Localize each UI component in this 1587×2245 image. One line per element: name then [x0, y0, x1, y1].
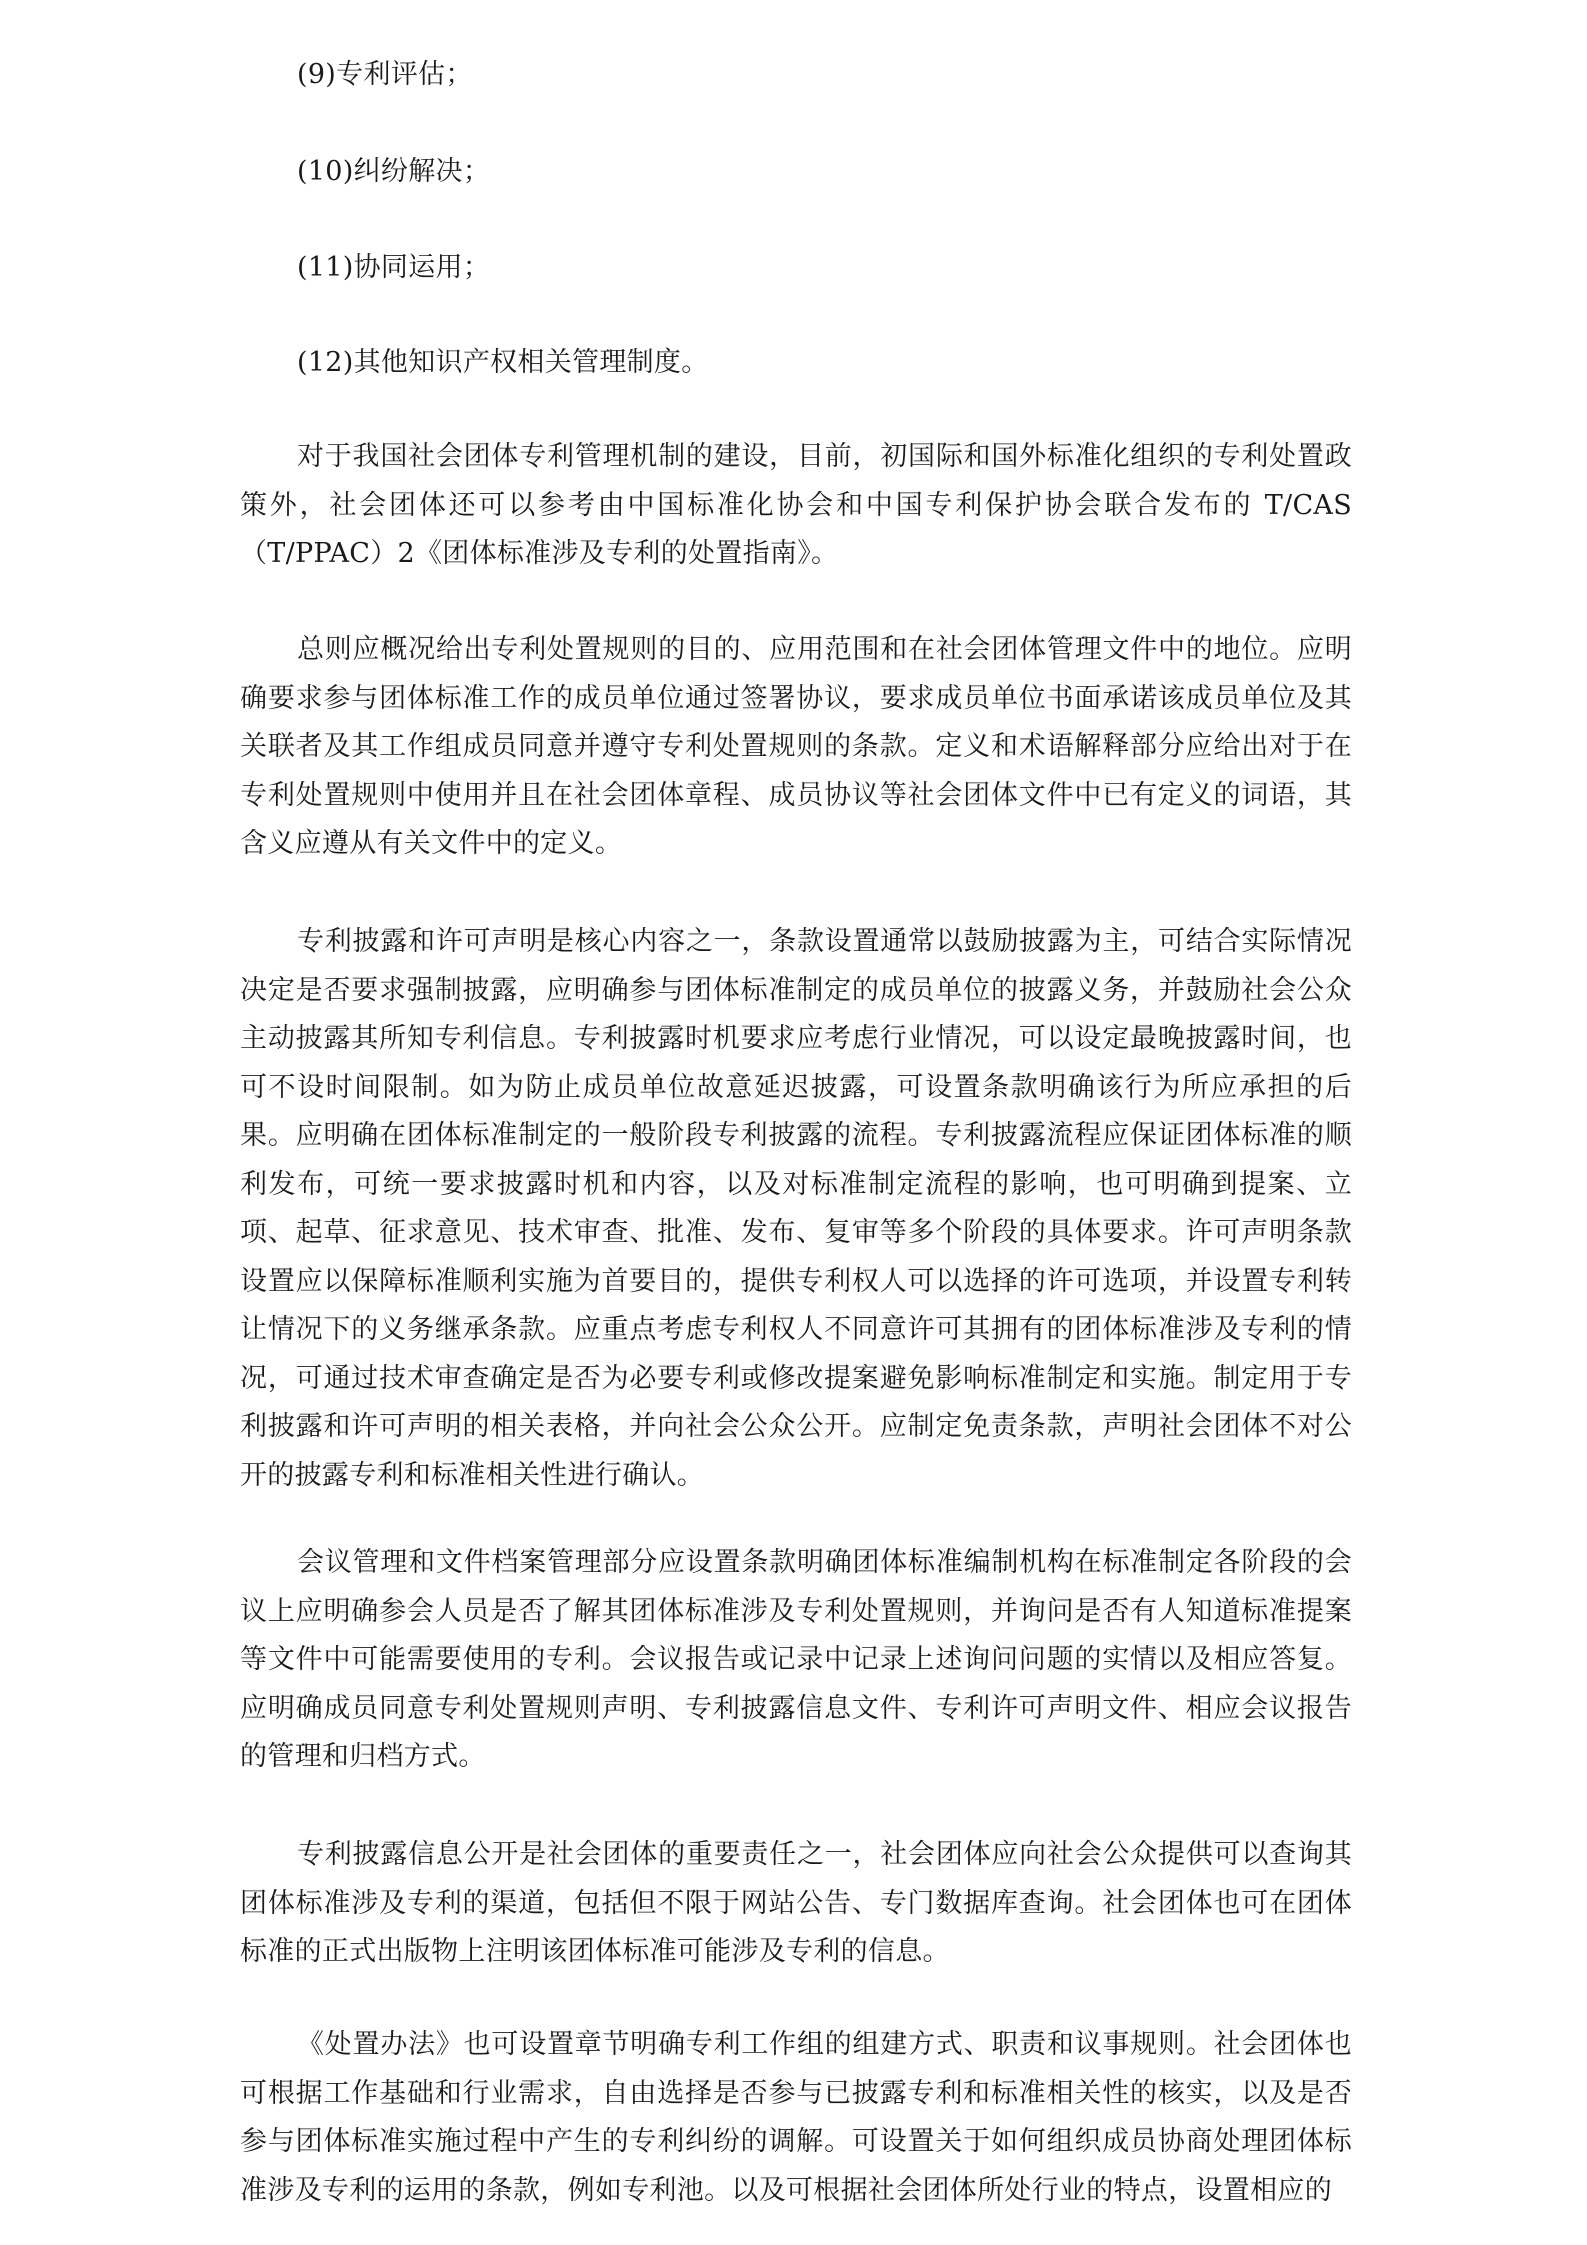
paragraph-meeting-archive-management: 会议管理和文件档案管理部分应设置条款明确团体标准编制机构在标准制定各阶段的会议上… [240, 1539, 1352, 1782]
paragraph-working-group: 《处置办法》也可设置章节明确专利工作组的组建方式、职责和议事规则。社会团体也可根… [240, 2021, 1352, 2215]
list-item-collaborative-use: (11)协同运用； [297, 244, 1352, 293]
document-page: (9)专利评估； (10)纠纷解决； (11)协同运用； (12)其他知识产权相… [0, 0, 1587, 2245]
paragraph-general-rules: 总则应概况给出专利处置规则的目的、应用范围和在社会团体管理文件中的地位。应明确要… [240, 626, 1352, 869]
list-item-patent-evaluation: (9)专利评估； [297, 51, 1352, 100]
paragraph-disclosure-publicity: 专利披露信息公开是社会团体的重要责任之一，社会团体应向社会公众提供可以查询其团体… [240, 1831, 1352, 1977]
list-item-other-ip-management: (12)其他知识产权相关管理制度。 [297, 339, 1352, 388]
list-item-dispute-resolution: (10)纠纷解决； [297, 148, 1352, 197]
paragraph-reference-guidelines: 对于我国社会团体专利管理机制的建设，目前，初国际和国外标准化组织的专利处置政策外… [240, 433, 1352, 579]
paragraph-disclosure-licensing: 专利披露和许可声明是核心内容之一，条款设置通常以鼓励披露为主，可结合实际情况决定… [240, 918, 1352, 1500]
